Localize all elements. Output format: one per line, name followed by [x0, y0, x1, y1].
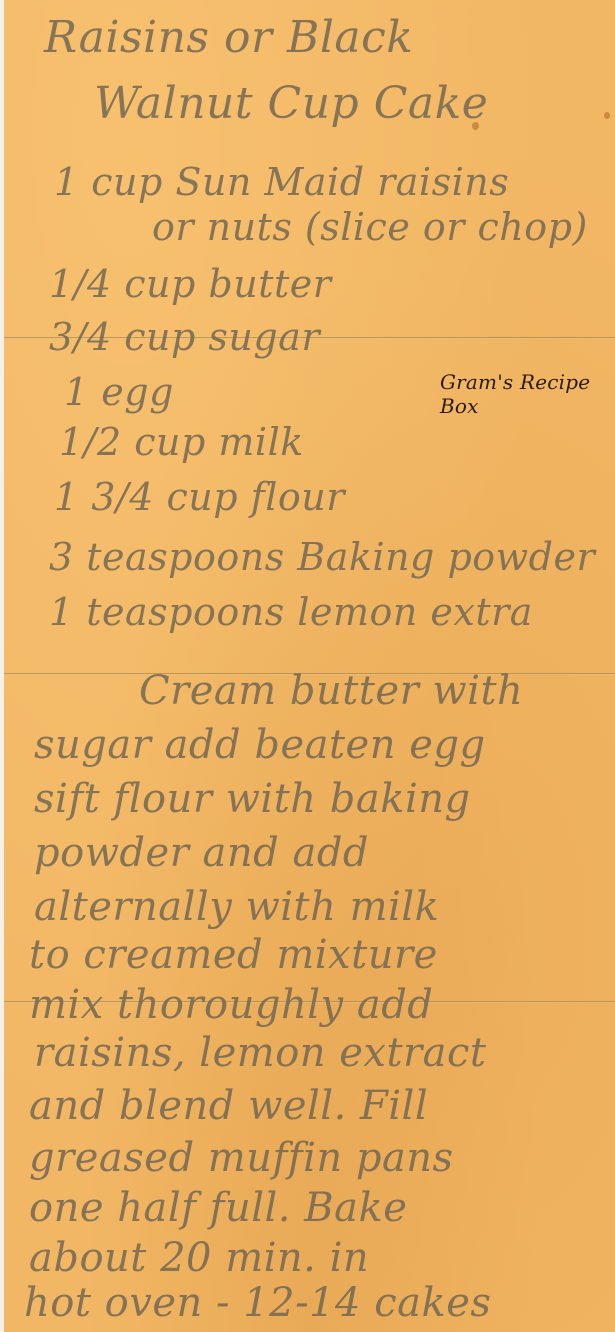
ingredient: 1 egg [64, 370, 174, 414]
watermark: Gram's Recipe Box [440, 370, 615, 418]
ingredient: or nuts (slice or chop) [152, 205, 588, 249]
recipe-title-line-2: Walnut Cup Cake [94, 78, 488, 129]
ingredient: 1/2 cup milk [59, 420, 304, 464]
direction-line: to creamed mixture [29, 932, 438, 978]
recipe-card: Raisins or Black Walnut Cup Cake 1 cup S… [0, 0, 615, 1332]
direction-line: hot oven - 12-14 cakes [24, 1280, 491, 1326]
direction-line: greased muffin pans [29, 1135, 454, 1181]
direction-line: Cream butter with [139, 668, 523, 714]
ingredient: 1 cup Sun Maid raisins [54, 160, 509, 204]
recipe-title-line-1: Raisins or Black [44, 12, 413, 63]
direction-line: alternally with milk [34, 884, 439, 930]
stain [604, 112, 610, 119]
ingredient: 3 teaspoons Baking powder [49, 535, 595, 579]
direction-line: mix thoroughly add [29, 982, 433, 1028]
direction-line: about 20 min. in [29, 1235, 369, 1281]
direction-line: one half full. Bake [29, 1185, 407, 1231]
direction-line: raisins, lemon extract [34, 1030, 487, 1076]
direction-line: and blend well. Fill [29, 1083, 428, 1129]
direction-line: sift flour with baking [34, 776, 471, 822]
ingredient: 1 3/4 cup flour [54, 475, 345, 519]
ingredient: 1 teaspoons lemon extra [49, 590, 533, 634]
ingredient: 3/4 cup sugar [49, 315, 320, 359]
direction-line: powder and add [34, 830, 369, 876]
ingredient: 1/4 cup butter [49, 262, 331, 306]
direction-line: sugar add beaten egg [34, 722, 486, 768]
